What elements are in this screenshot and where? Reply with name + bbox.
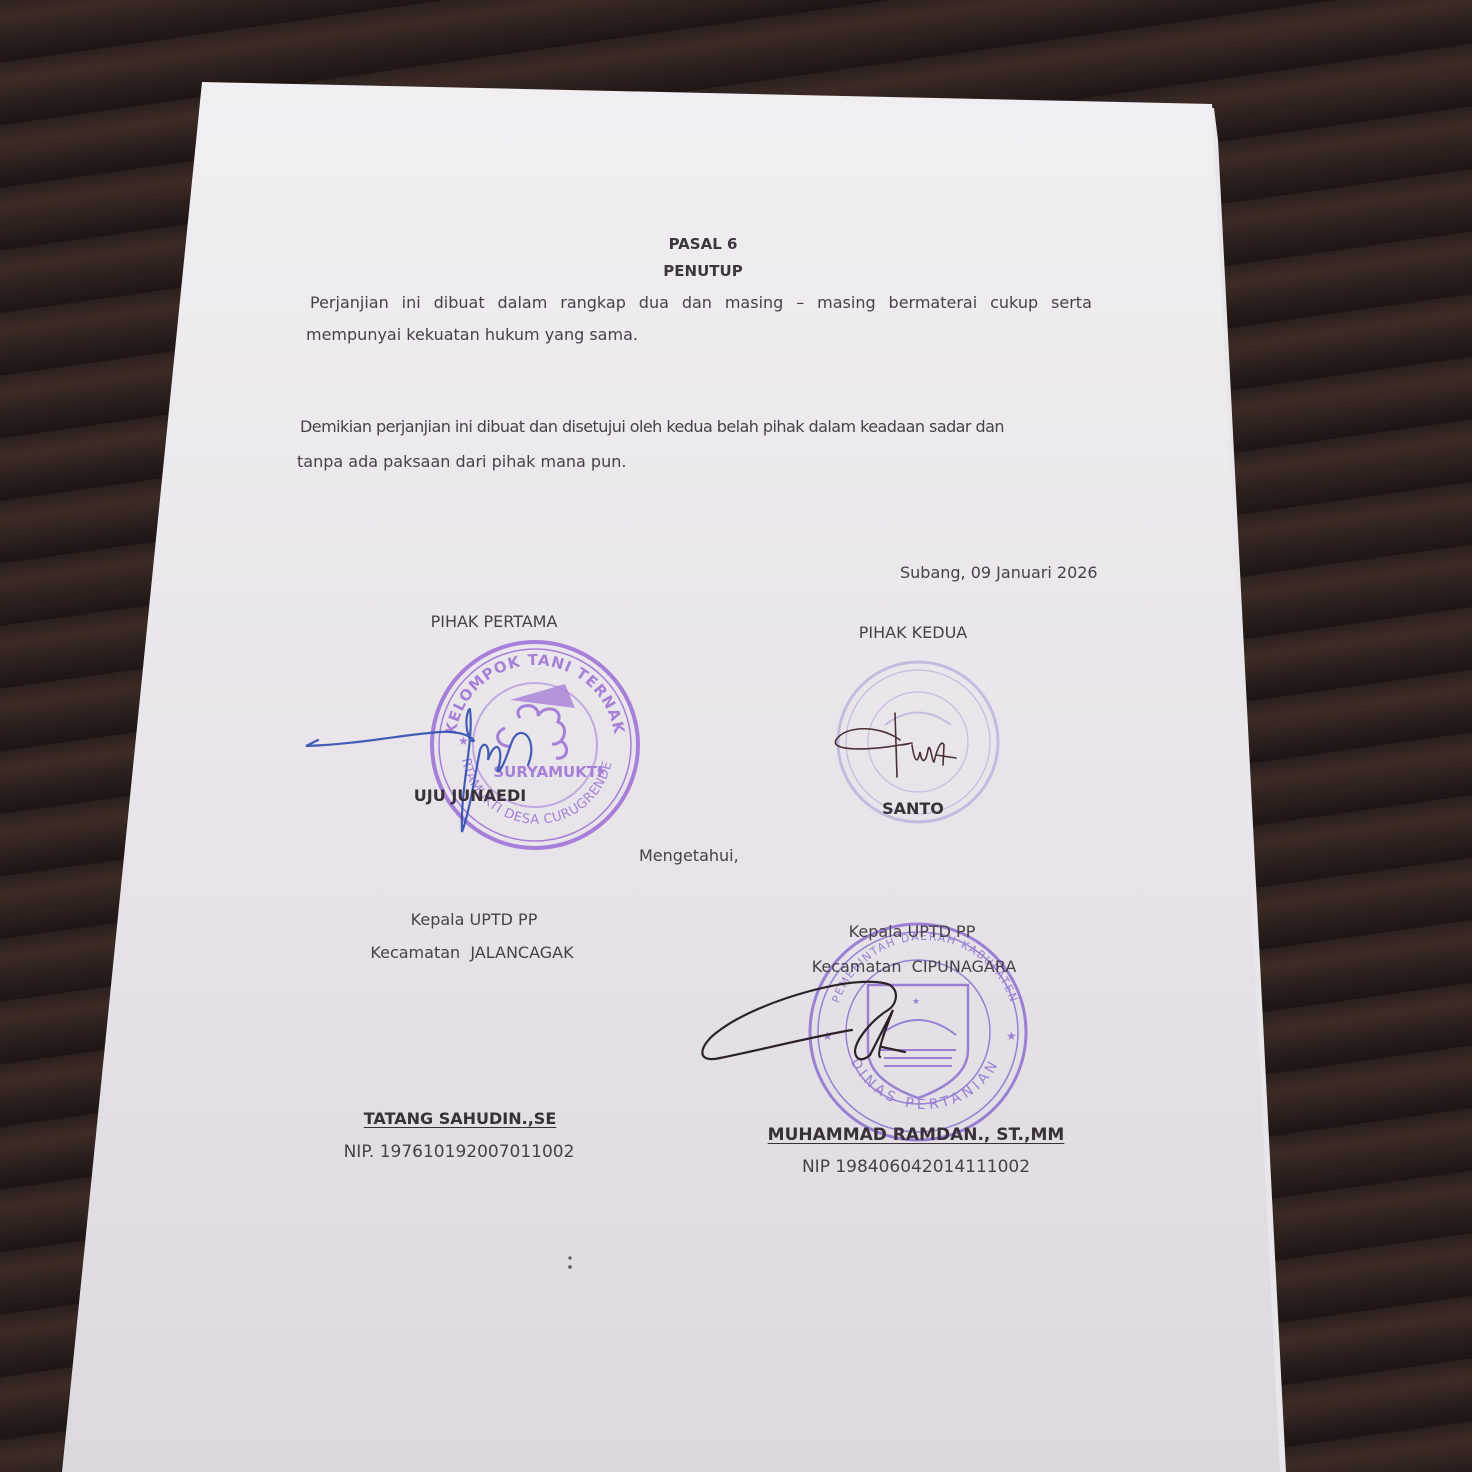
official-left-nip: NIP. 197610192007011002 [344,1142,575,1162]
official-right-name: MUHAMMAD RAMDAN., ST.,MM [768,1125,1065,1145]
word: cukup [990,293,1038,312]
acknowledgement: Mengetahui, [639,846,739,865]
word: rangkap [560,293,626,312]
second-party-label: PIHAK KEDUA [859,623,968,642]
paragraph-2-line-1: Demikian perjanjian ini dibuat dan diset… [300,417,1004,436]
official-left-name: TATANG SAHUDIN.,SE [364,1109,556,1128]
second-party-name: SANTO [882,799,944,818]
word: Perjanjian [310,293,389,312]
paper-sheet [0,0,1472,1472]
word: masing [725,293,783,312]
place-date: Subang, 09 Januari 2026 [900,563,1098,582]
first-party-name: UJU JUNAEDI [414,786,526,805]
word: dalam [498,293,548,312]
word: masing [817,293,875,312]
article-number: PASAL 6 [669,235,738,253]
word: bermaterai [889,293,978,312]
word: dua [639,293,669,312]
official-left-title-1: Kepala UPTD PP [411,910,538,929]
paragraph-2-line-2: tanpa ada paksaan dari pihak mana pun. [297,452,626,471]
word: serta [1051,293,1092,312]
paragraph-1-line-2: mempunyai kekuatan hukum yang sama. [306,325,638,344]
first-party-label: PIHAK PERTAMA [431,612,558,631]
official-right-title-1: Kepala UPTD PP [849,922,976,941]
word: ini [402,293,421,312]
word: dan [682,293,712,312]
article-title: PENUTUP [663,262,742,280]
paragraph-1-line-1: Perjanjianinidibuatdalamrangkapduadanmas… [310,293,1092,312]
word: dibuat [434,293,485,312]
word: – [796,293,804,312]
official-right-nip: NIP 198406042014111002 [802,1157,1030,1177]
official-right-title-2: Kecamatan CIPUNAGARA [812,957,1017,976]
official-left-title-2: Kecamatan JALANCAGAK [370,943,573,962]
